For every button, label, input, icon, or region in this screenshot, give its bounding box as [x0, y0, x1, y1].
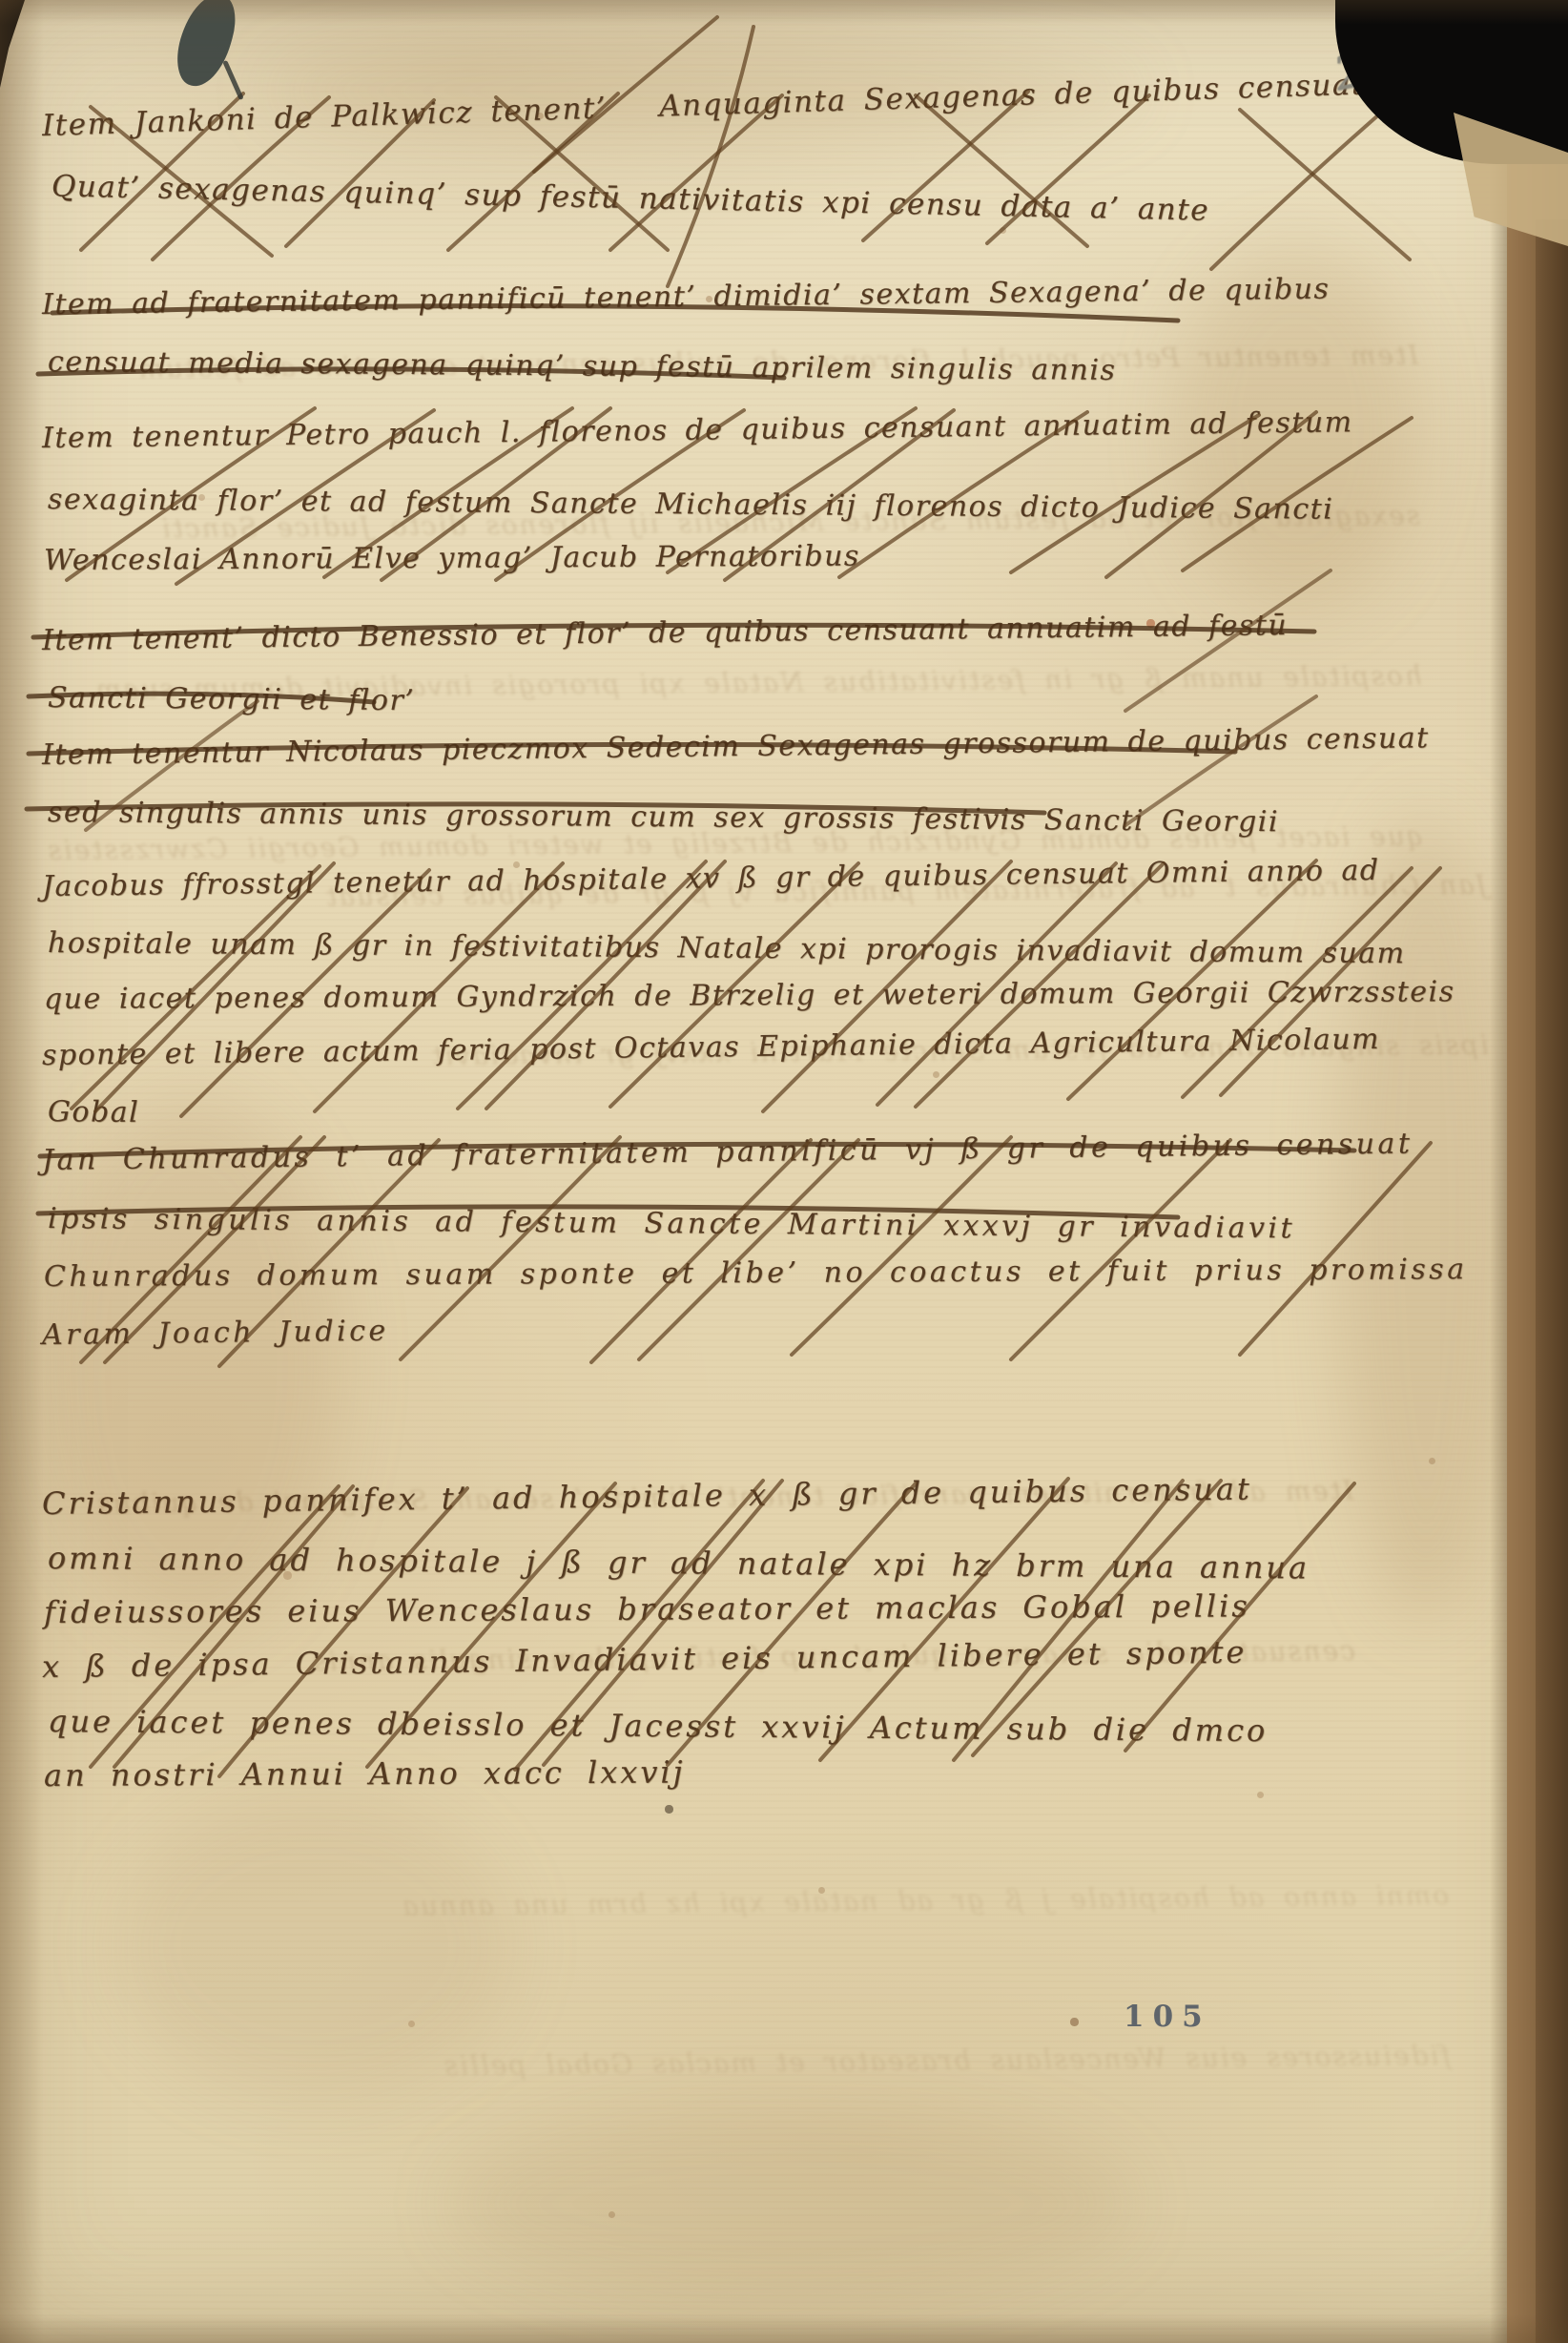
manuscript-line: Item Jankoni de Palkwicz tenent’ Anquagi…: [41, 52, 1492, 155]
manuscript-entry-8: Cristannus pannifex t’ ad hospitale x ß …: [42, 1477, 1492, 1803]
binding-edge-dark: [1536, 219, 1568, 2343]
manuscript-line: an nostri Annui Anno xacc lxxvij: [44, 1741, 1494, 1803]
archive-stamp-number: 105: [1124, 2000, 1211, 2034]
manuscript-entry-3: Item tenentur Petro pauch l. florenos de…: [42, 408, 1492, 591]
dark-edge-sliver-top-left: [0, 0, 25, 88]
manuscript-line: Item tenent’ dicto Benessio et flor’ de …: [42, 594, 1493, 670]
manuscript-line: Item ad fraternitatem pannificū tenent’ …: [42, 259, 1493, 334]
manuscript-line: Cristannus pannifex t’ ad hospitale x ß …: [42, 1459, 1493, 1531]
page-bottom-shading: [0, 2314, 1568, 2343]
manuscript-line: Jacobus ffrosstgl tenetur ad hospitale x…: [42, 840, 1493, 915]
manuscript-entry-2: Item ad fraternitatem pannificū tenent’ …: [42, 277, 1492, 391]
manuscript-entry-6: Jacobus ffrosstgl tenetur ad hospitale x…: [42, 859, 1492, 1140]
manuscript-entry-4: Item tenent’ dicto Benessio et flor’ de …: [42, 612, 1492, 727]
manuscript-line: Quat’ sexagenas quinq’ sup festū nativit…: [51, 155, 1501, 242]
manuscript-entry-5: Item tenentur Nicolaus pieczmox Sedecim …: [42, 727, 1492, 841]
page-gutter-shading: [0, 0, 44, 2343]
stain: [448, 2108, 1135, 2299]
manuscript-line: Wenceslai Annorū Elve ymag’ Jacub Pernat…: [44, 523, 1494, 591]
manuscript-page-scan: Item tenentur Petro pauch l. florenos de…: [0, 0, 1568, 2343]
manuscript-entry-1: Item Jankoni de Palkwicz tenent’ Anquagi…: [42, 97, 1492, 212]
bleedthrough-text: omni anno ad hospitale j ß gr ad natale …: [513, 1762, 1453, 2199]
manuscript-entry-7: Jan Chunradus t’ ad fraternitatem pannif…: [42, 1131, 1492, 1364]
manuscript-line: Item tenentur Petro pauch l. florenos de…: [42, 390, 1493, 469]
stain: [114, 1794, 515, 2099]
